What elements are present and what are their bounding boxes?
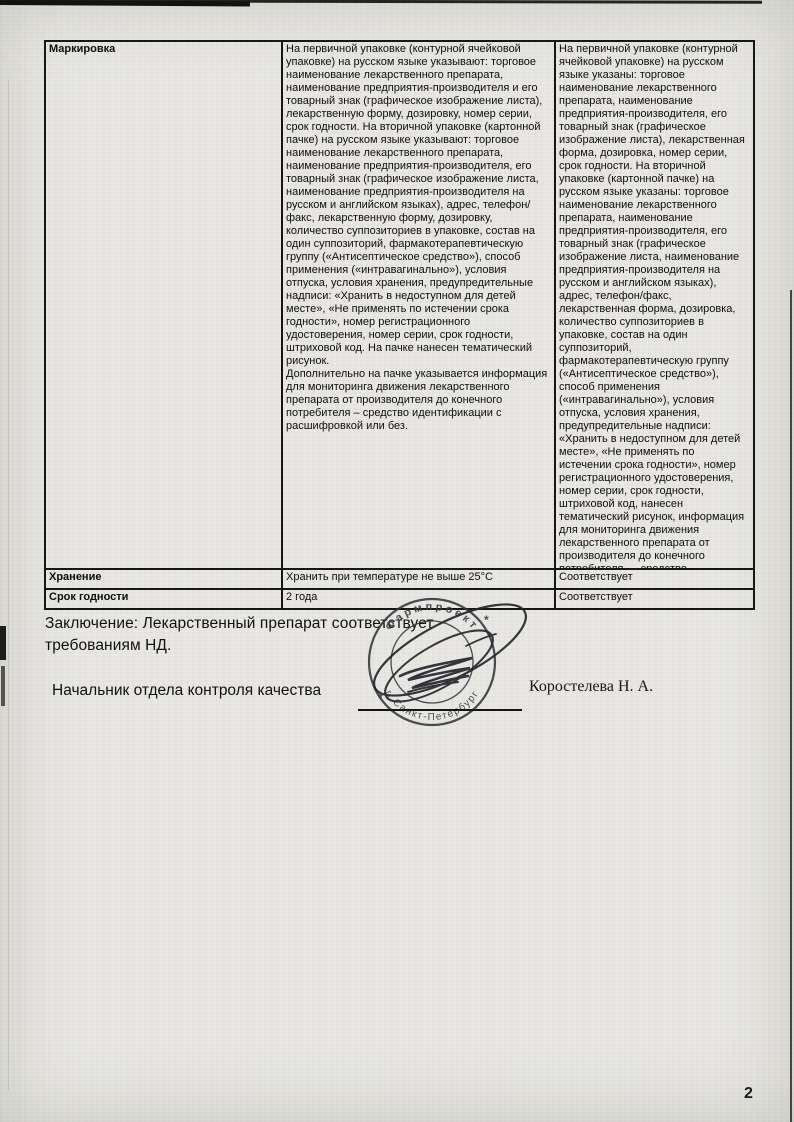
marking-result-cell: На первичной упаковке (контурной ячейков… <box>554 42 753 568</box>
storage-label: Хранение <box>49 571 101 583</box>
marking-requirements-cell: На первичной упаковке (контурной ячейков… <box>281 42 554 568</box>
storage-result-text: Соответствует <box>559 571 633 583</box>
storage-result-cell: Соответствует <box>554 568 753 588</box>
shelf-life-result-cell: Соответствует <box>554 588 753 608</box>
shelf-life-requirement-text: 2 года <box>286 591 317 603</box>
company-stamp: Фармпроект г. Санкт-Петербург * * <box>338 584 542 746</box>
marking-requirements-paragraph-2: Дополнительно на пачке указывается инфор… <box>286 368 550 433</box>
storage-requirement-text: Хранить при температуре не выше 25°С <box>286 571 493 583</box>
signoff-position-title: Начальник отдела контроля качества <box>52 682 321 700</box>
stamp-separator-right: * <box>484 613 489 627</box>
marking-label: Маркировка <box>49 43 115 55</box>
scan-artifact-left-smudge <box>0 626 6 660</box>
stamp-rings <box>369 599 495 725</box>
marking-result-text: На первичной упаковке (контурной ячейков… <box>559 43 749 568</box>
shelf-life-label-cell: Срок годности <box>46 588 281 608</box>
signoff-name: Коростелева Н. А. <box>529 678 653 696</box>
marking-label-cell: Маркировка <box>46 42 281 568</box>
storage-label-cell: Хранение <box>46 568 281 588</box>
signature-line <box>358 709 522 711</box>
qc-spec-table: Маркировка На первичной упаковке (контур… <box>44 40 755 610</box>
scan-artifact-left-smudge <box>1 666 5 706</box>
marking-requirements-paragraph-1: На первичной упаковке (контурной ячейков… <box>286 43 550 368</box>
page-number: 2 <box>744 1085 753 1103</box>
scan-artifact-left-faint-line <box>8 80 9 1090</box>
scan-artifact-right-line <box>790 290 792 1122</box>
shelf-life-result-text: Соответствует <box>559 591 633 603</box>
shelf-life-label: Срок годности <box>49 591 128 603</box>
scan-artifact-top-thick <box>0 0 250 7</box>
